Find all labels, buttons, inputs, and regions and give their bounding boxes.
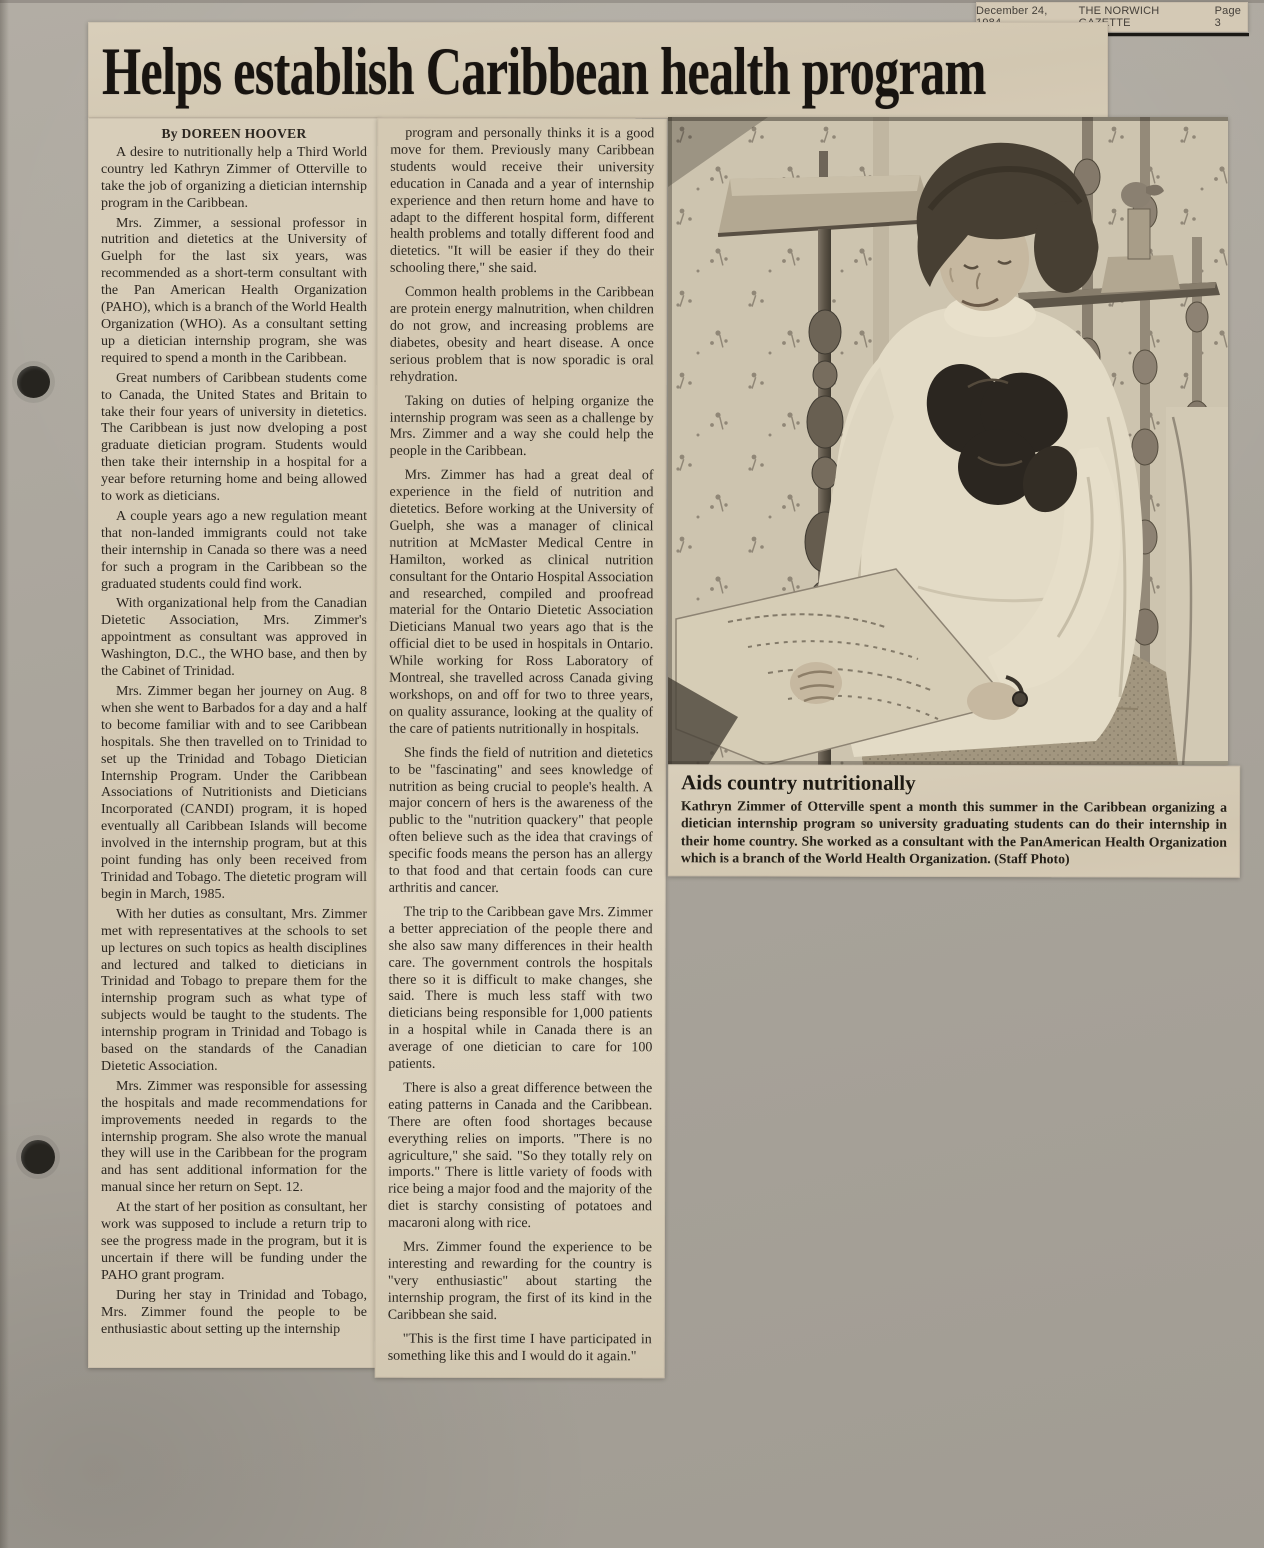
article-byline: By DOREEN HOOVER xyxy=(101,126,367,143)
photo-caption: Aids country nutritionally Kathryn Zimme… xyxy=(668,764,1240,877)
masthead-page-number: Page 3 xyxy=(1215,5,1248,29)
photo-caption-text: Kathryn Zimmer of Otterville spent a mon… xyxy=(681,797,1227,868)
news-photo xyxy=(668,117,1228,765)
article-column-1: By DOREEN HOOVER A desire to nutritional… xyxy=(88,118,380,1368)
article-paragraph: With her duties as consultant, Mrs. Zimm… xyxy=(101,907,367,1076)
article-paragraph: The trip to the Caribbean gave Mrs. Zimm… xyxy=(388,905,652,1075)
album-page-edge xyxy=(0,0,10,1548)
article-headline: Helps establish Caribbean health program xyxy=(102,32,986,111)
article-paragraph: Mrs. Zimmer, a sessional professor in nu… xyxy=(101,216,367,368)
scrapbook-page: { "masthead": { "date": "December 24, 19… xyxy=(0,0,1264,1548)
article-paragraph: Mrs. Zimmer began her journey on Aug. 8 … xyxy=(101,684,367,904)
article-paragraph: A desire to nutritionally help a Third W… xyxy=(101,145,367,213)
article-paragraph: She finds the field of nutrition and die… xyxy=(389,745,653,898)
headline-clipping: Helps establish Caribbean health program xyxy=(88,22,1108,118)
article-column-2: program and personally thinks it is a go… xyxy=(375,118,668,1379)
news-photo-illustration xyxy=(668,117,1228,765)
article-paragraph: With organizational help from the Canadi… xyxy=(101,596,367,681)
article-paragraph: Taking on duties of helping organize the… xyxy=(390,393,654,461)
article-paragraph: "This is the first time I have participa… xyxy=(388,1331,652,1365)
article-paragraph: Mrs. Zimmer has had a great deal of expe… xyxy=(389,468,654,739)
photo-caption-title: Aids country nutritionally xyxy=(681,770,1227,796)
article-paragraph: program and personally thinks it is a go… xyxy=(390,126,654,279)
article-paragraph: There is also a great difference between… xyxy=(388,1081,652,1234)
article-paragraph: A couple years ago a new regulation mean… xyxy=(101,509,367,594)
article-paragraph: Great numbers of Caribbean students come… xyxy=(101,371,367,506)
article-paragraph: At the start of her position as consulta… xyxy=(101,1200,367,1285)
article-paragraph: During her stay in Trinidad and Tobago, … xyxy=(101,1288,367,1339)
article-paragraph: Mrs. Zimmer found the experience to be i… xyxy=(388,1240,652,1325)
punch-hole xyxy=(21,1140,55,1174)
article-paragraph: Mrs. Zimmer was responsible for assessin… xyxy=(101,1079,367,1197)
article-paragraph: Common health problems in the Caribbean … xyxy=(390,285,654,387)
punch-hole xyxy=(17,366,50,398)
